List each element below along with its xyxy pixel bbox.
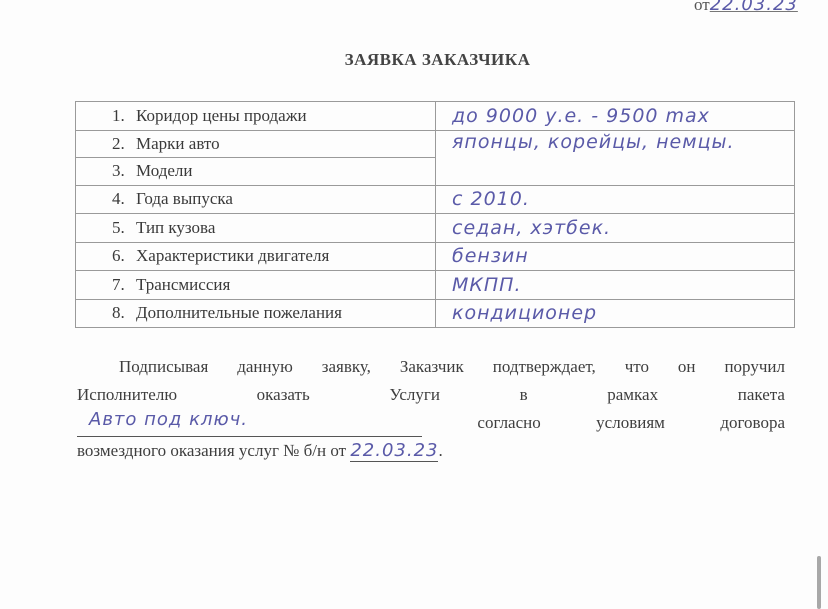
row-label-text: Коридор цены продажи: [136, 106, 307, 125]
word: согласно: [477, 409, 540, 437]
word: он: [678, 353, 696, 381]
request-form-table: 1.Коридор цены продажи до 9000 у.е. - 95…: [75, 101, 795, 328]
row-label: 4.Года выпуска: [76, 185, 436, 214]
document-date: от22.03.23: [694, 0, 798, 15]
row-value-body-type[interactable]: седан, хэтбек.: [436, 214, 795, 243]
contract-text: возмездного оказания услуг № б/н от: [77, 441, 346, 460]
date-prefix: от: [694, 0, 710, 14]
word: в: [520, 381, 528, 409]
word: пакета: [738, 381, 785, 409]
word: условиям: [596, 409, 665, 437]
row-label-text: Марки авто: [136, 134, 220, 153]
word: поручил: [724, 353, 785, 381]
date-handwritten: 22.03.23: [710, 0, 798, 15]
period: .: [438, 441, 442, 460]
table-row: 7.Трансмиссия МКПП.: [76, 271, 795, 300]
word: договора: [720, 409, 785, 437]
word: подтверждает,: [493, 353, 596, 381]
package-name-field[interactable]: Авто под ключ.: [77, 409, 422, 437]
word: Услуги: [389, 381, 440, 409]
row-number: 2.: [112, 134, 136, 154]
row-number: 6.: [112, 246, 136, 266]
row-number: 7.: [112, 275, 136, 295]
row-label-text: Характеристики двигателя: [136, 246, 329, 265]
paragraph-line-1: Подписывая данную заявку, Заказчик подтв…: [77, 353, 785, 381]
word: заявку,: [322, 353, 371, 381]
row-label: 7.Трансмиссия: [76, 271, 436, 300]
row-value-engine[interactable]: бензин: [436, 242, 795, 271]
row-number: 1.: [112, 106, 136, 126]
row-number: 4.: [112, 189, 136, 209]
row-number: 8.: [112, 303, 136, 323]
row-label-text: Дополнительные пожелания: [136, 303, 342, 322]
word: оказать: [257, 381, 310, 409]
word: Исполнителю: [77, 381, 177, 409]
row-value-transmission[interactable]: МКПП.: [436, 271, 795, 300]
table-row: 4.Года выпуска с 2010.: [76, 185, 795, 214]
row-label-text: Тип кузова: [136, 218, 215, 237]
row-number: 5.: [112, 218, 136, 238]
paragraph-line-3: Авто под ключ. согласно условиям договор…: [77, 409, 785, 437]
word: что: [625, 353, 649, 381]
word: данную: [237, 353, 293, 381]
row-label: 2.Марки авто: [76, 130, 436, 158]
row-value-price[interactable]: до 9000 у.е. - 9500 max: [436, 102, 795, 131]
table-row: 5.Тип кузова седан, хэтбек.: [76, 214, 795, 243]
table-row: 8.Дополнительные пожелания кондиционер: [76, 299, 795, 328]
row-label: 1.Коридор цены продажи: [76, 102, 436, 131]
row-label: 3.Модели: [76, 158, 436, 186]
row-label-text: Модели: [136, 161, 192, 180]
paragraph-line-4: возмездного оказания услуг № б/н от 22.0…: [77, 437, 785, 465]
row-value-extras[interactable]: кондиционер: [436, 299, 795, 328]
row-number: 3.: [112, 161, 136, 181]
row-label: 8.Дополнительные пожелания: [76, 299, 436, 328]
table-row: 6.Характеристики двигателя бензин: [76, 242, 795, 271]
row-label-text: Года выпуска: [136, 189, 233, 208]
row-label: 6.Характеристики двигателя: [76, 242, 436, 271]
scrollbar[interactable]: [817, 556, 821, 609]
word: Подписывая: [119, 353, 208, 381]
contract-date-field[interactable]: 22.03.23: [350, 440, 438, 462]
table-row: 1.Коридор цены продажи до 9000 у.е. - 95…: [76, 102, 795, 131]
word: рамках: [607, 381, 658, 409]
table-row: 2.Марки авто японцы, корейцы, немцы.: [76, 130, 795, 158]
word: Заказчик: [400, 353, 464, 381]
row-label-text: Трансмиссия: [136, 275, 230, 294]
confirmation-paragraph: Подписывая данную заявку, Заказчик подтв…: [77, 353, 785, 465]
page-title: ЗАЯВКА ЗАКАЗЧИКА: [0, 50, 828, 70]
paragraph-line-2: Исполнителю оказать Услуги в рамках паке…: [77, 381, 785, 409]
row-value-year[interactable]: с 2010.: [436, 185, 795, 214]
row-value-brands[interactable]: японцы, корейцы, немцы.: [436, 130, 795, 185]
row-label: 5.Тип кузова: [76, 214, 436, 243]
